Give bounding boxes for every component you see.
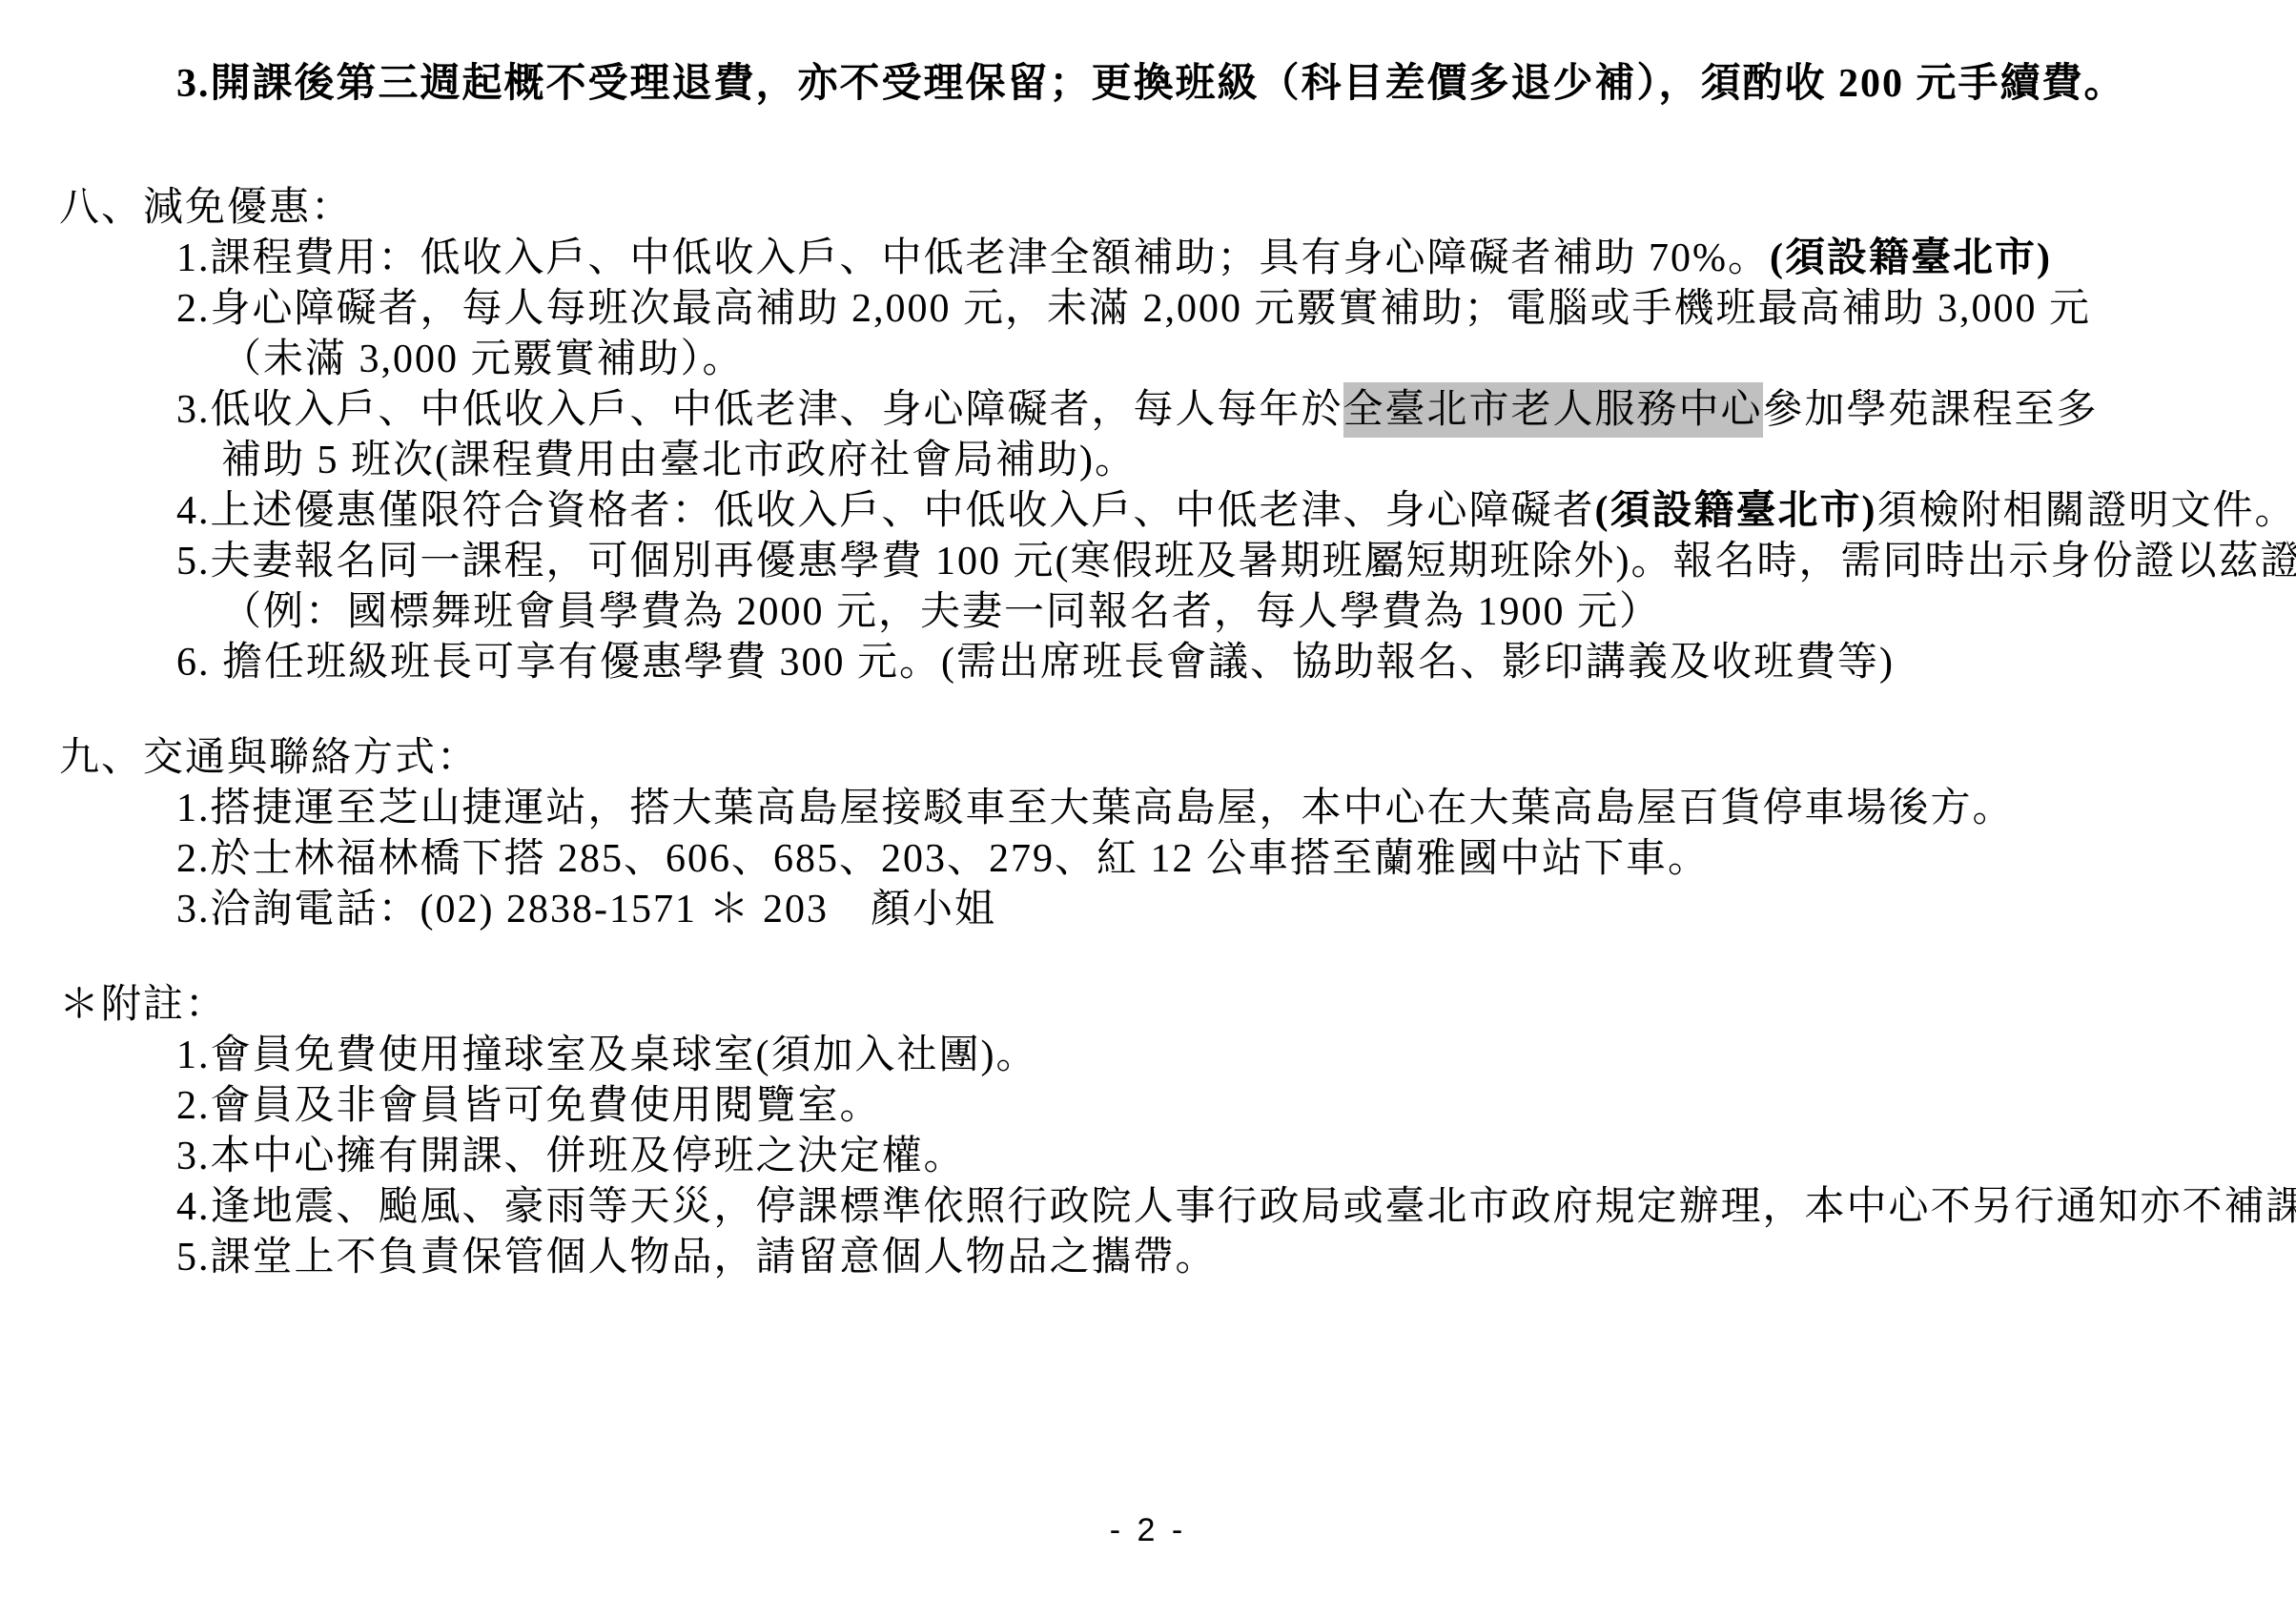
section9-item2: 2.於士林福林橋下搭 285、606、685、203、279、紅 12 公車搭至… — [176, 834, 2296, 885]
section-8-heading: 八、減免優惠： — [59, 183, 2296, 234]
section8-item4-pre: 4.上述優惠僅限符合資格者：低收入戶、中低收入戶、中低老津、身心障礙者 — [176, 489, 1595, 533]
section-9-heading: 九、交通與聯絡方式： — [59, 733, 2296, 784]
section9-item1: 1.搭捷運至芝山捷運站，搭大葉高島屋接駁車至大葉高島屋，本中心在大葉高島屋百貨停… — [176, 784, 2296, 834]
refund-policy-line: 3.開課後第三週起概不受理退費，亦不受理保留；更換班級（科目差價多退少補），須酌… — [176, 59, 2296, 110]
section8-item5-line1: 5.夫妻報名同一課程，可個別再優惠學費 100 元(寒假班及暑期班屬短期班除外)… — [176, 537, 2296, 587]
section8-item1-bold-note: (須設籍臺北市) — [1770, 236, 2052, 280]
section8-item3-highlighted-text: 全臺北市老人服務中心 — [1343, 382, 1763, 438]
section8-item4: 4.上述優惠僅限符合資格者：低收入戶、中低收入戶、中低老津、身心障礙者(須設籍臺… — [176, 486, 2296, 537]
section8-item5-line2: （例：國標舞班會員學費為 2000 元，夫妻一同報名者，每人學費為 1900 元… — [221, 587, 2296, 638]
section8-item1: 1.課程費用：低收入戶、中低收入戶、中低老津全額補助；具有身心障礙者補助 70%… — [176, 234, 2296, 284]
section8-item2-line1: 2.身心障礙者，每人每班次最高補助 2,000 元，未滿 2,000 元覈實補助… — [176, 284, 2296, 335]
notes-item1: 1.會員免費使用撞球室及桌球室(須加入社團)。 — [176, 1031, 2296, 1081]
document-content: 3.開課後第三週起概不受理退費，亦不受理保留；更換班級（科目差價多退少補），須酌… — [0, 0, 2296, 1283]
section8-item4-post: 須檢附相關證明文件。 — [1877, 489, 2296, 533]
notes-item3: 3.本中心擁有開課、併班及停班之決定權。 — [176, 1132, 2296, 1182]
notes-item5: 5.課堂上不負責保管個人物品，請留意個人物品之攜帶。 — [176, 1233, 2296, 1283]
section8-item2-line2: （未滿 3,000 元覈實補助）。 — [221, 335, 2296, 385]
notes-item4: 4.逢地震、颱風、豪雨等天災，停課標準依照行政院人事行政局或臺北市政府規定辦理，… — [176, 1182, 2296, 1233]
section8-item3-line2: 補助 5 班次(課程費用由臺北市政府社會局補助)。 — [221, 436, 2296, 486]
notes-heading: ＊附註： — [59, 980, 2296, 1031]
notes-item2: 2.會員及非會員皆可免費使用閱覽室。 — [176, 1081, 2296, 1132]
section8-item1-text: 1.課程費用：低收入戶、中低收入戶、中低老津全額補助；具有身心障礙者補助 70%… — [176, 236, 1770, 280]
section8-item4-bold-note: (須設籍臺北市) — [1595, 489, 1877, 533]
section8-item3-pre: 3.低收入戶、中低收入戶、中低老津、身心障礙者，每人每年於 — [176, 388, 1343, 432]
section9-item3: 3.洽詢電話：(02) 2838-1571 ＊ 203 顏小姐 — [176, 885, 2296, 935]
document-page: 3.開課後第三週起概不受理退費，亦不受理保留；更換班級（科目差價多退少補），須酌… — [0, 0, 2296, 1617]
page-number: - 2 - — [0, 1512, 2296, 1549]
section8-item6: 6. 擔任班級班長可享有優惠學費 300 元。(需出席班長會議、協助報名、影印講… — [176, 638, 2296, 688]
section8-item3-post: 參加學苑課程至多 — [1763, 388, 2099, 432]
section8-item3-line1: 3.低收入戶、中低收入戶、中低老津、身心障礙者，每人每年於全臺北市老人服務中心參… — [176, 385, 2296, 436]
